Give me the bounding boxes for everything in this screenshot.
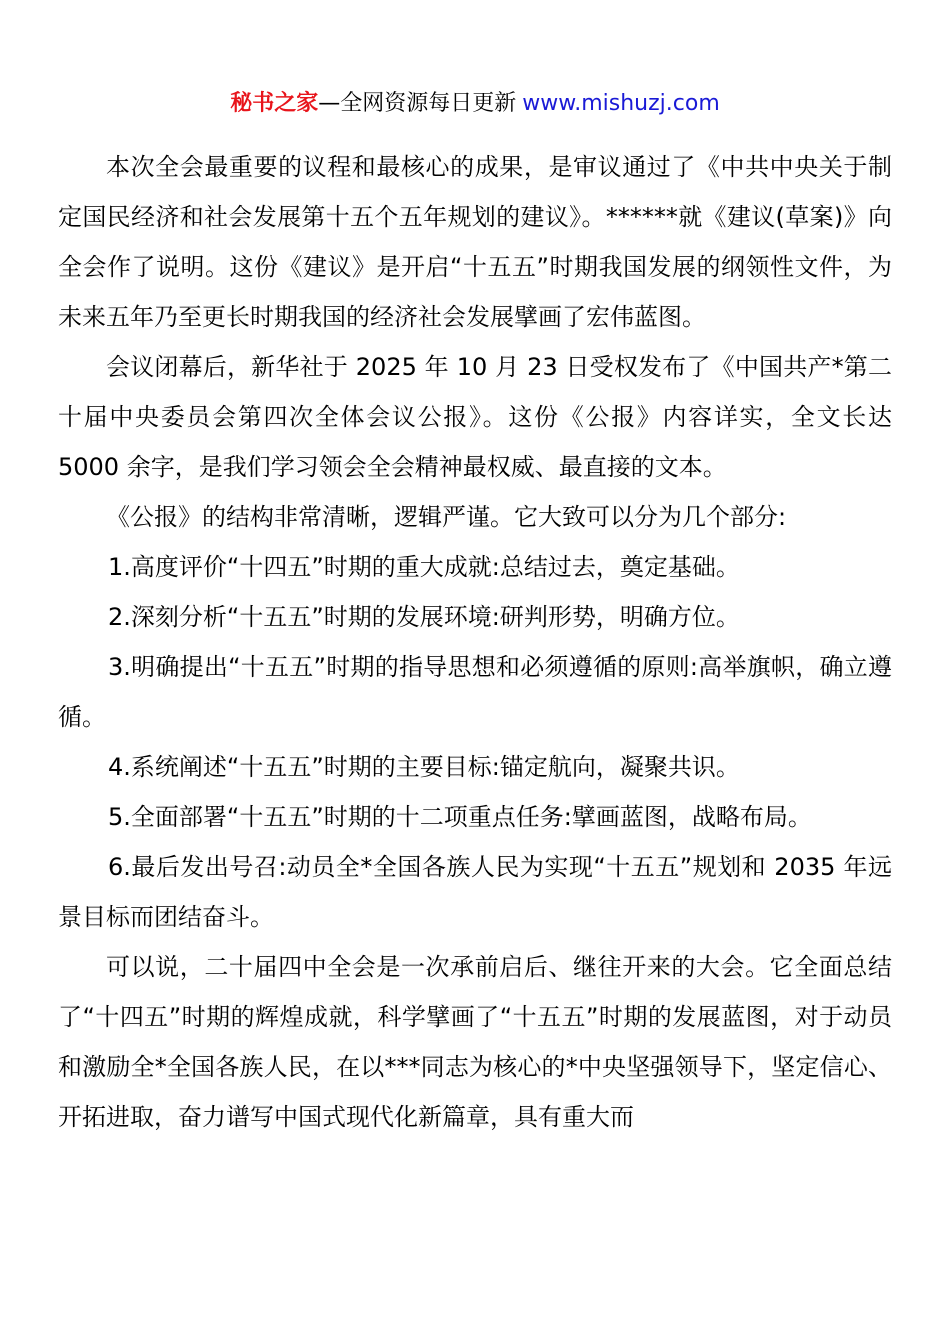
list-item: 3.明确提出“十五五”时期的指导思想和必须遵循的原则:高举旗帜，确立遵循。 <box>58 642 892 742</box>
paragraph-intro: 本次全会最重要的议程和最核心的成果，是审议通过了《中共中央关于制定国民经济和社会… <box>58 142 892 342</box>
list-item: 2.深刻分析“十五五”时期的发展环境:研判形势，明确方位。 <box>58 592 892 642</box>
document-page: 秘书之家—全网资源每日更新www.mishuzj.com 本次全会最重要的议程和… <box>0 0 950 1344</box>
website-link[interactable]: www.mishuzj.com <box>522 91 719 116</box>
paragraph-closing: 可以说，二十届四中全会是一次承前启后、继往开来的大会。它全面总结了“十四五”时期… <box>58 942 892 1142</box>
header-tagline: —全网资源每日更新 <box>318 91 516 116</box>
list-item: 5.全面部署“十五五”时期的十二项重点任务:擘画蓝图，战略布局。 <box>58 792 892 842</box>
document-body: 本次全会最重要的议程和最核心的成果，是审议通过了《中共中央关于制定国民经济和社会… <box>58 142 892 1142</box>
paragraph-structure: 《公报》的结构非常清晰，逻辑严谨。它大致可以分为几个部分: <box>58 492 892 542</box>
list-item: 6.最后发出号召:动员全*全国各族人民为实现“十五五”规划和 2035 年远景目… <box>58 842 892 942</box>
page-header: 秘书之家—全网资源每日更新www.mishuzj.com <box>0 88 950 120</box>
brand-name: 秘书之家 <box>230 91 318 116</box>
list-item: 1.高度评价“十四五”时期的重大成就:总结过去，奠定基础。 <box>58 542 892 592</box>
paragraph-communique: 会议闭幕后，新华社于 2025 年 10 月 23 日受权发布了《中国共产*第二… <box>58 342 892 492</box>
list-item: 4.系统阐述“十五五”时期的主要目标:锚定航向，凝聚共识。 <box>58 742 892 792</box>
